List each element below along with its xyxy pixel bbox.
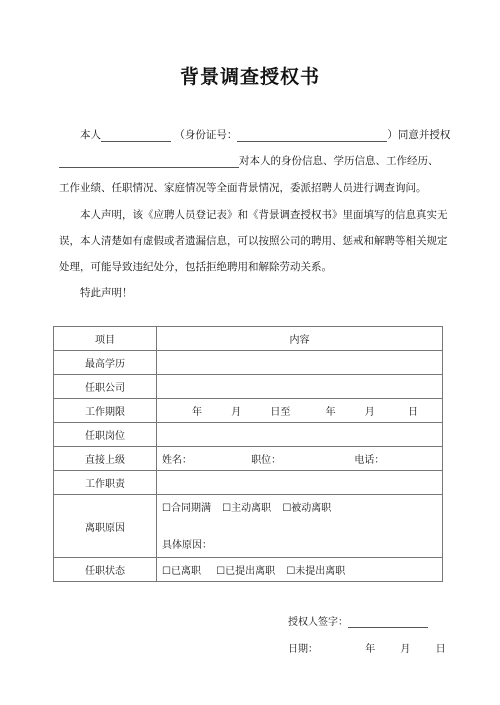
date-day: 日: [436, 640, 446, 655]
date-month: 月: [400, 640, 410, 655]
option-label: 被动离职: [291, 503, 331, 514]
day-1-to: 日至: [270, 403, 290, 418]
row-label-position: 任职岗位: [54, 423, 157, 447]
table-row: 最高学历: [54, 351, 443, 375]
signature-blank[interactable]: [348, 616, 428, 628]
row-label-education: 最高学历: [54, 351, 157, 375]
authorization-line-2: 对本人的身份信息、学历信息、工作经历、: [59, 153, 439, 168]
option-label: 合同期满: [171, 503, 211, 514]
authorization-line-1: 本人 （身份证号：）同意并授权: [80, 127, 450, 142]
table-row: 直接上级 姓名： 职位： 电话：: [54, 447, 443, 471]
reason-field: ☐合同期满 ☐主动离职 ☐被动离职 具体原因：: [157, 495, 443, 558]
table-row: 工作期限 年 月 日至 年 月 日: [54, 399, 443, 423]
table-row: 离职原因 ☐合同期满 ☐主动离职 ☐被动离职 具体原因：: [54, 495, 443, 558]
table-row: 工作职责: [54, 471, 443, 495]
row-label-status: 任职状态: [54, 558, 157, 582]
position-field[interactable]: [157, 423, 443, 447]
row-label-company: 任职公司: [54, 375, 157, 399]
declaration-line-1: 本人声明，该《应聘人员登记表》和《背景调查授权书》里面填写的信息真实无: [80, 207, 448, 222]
name-blank[interactable]: [101, 130, 171, 142]
period-field[interactable]: 年 月 日至 年 月 日: [157, 399, 443, 423]
checkbox-contract-expired[interactable]: ☐合同期满: [162, 499, 211, 514]
checkbox-resignation-submitted[interactable]: ☐已提出离职: [216, 562, 275, 577]
declaration-line-3: 处理，可能导致违纪处分，包括拒绝聘用和解除劳动关系。: [59, 259, 332, 274]
date-line: 日期： 年 月 日: [288, 640, 446, 655]
table-header-row: 项目 内容: [54, 327, 443, 351]
duties-field[interactable]: [157, 471, 443, 495]
header-content: 内容: [157, 327, 443, 351]
declaration-line-2: 误，本人清楚如有虚假或者遗漏信息，可以按照公司的聘用、惩戒和解聘等相关规定: [59, 233, 448, 248]
row-label-reason: 离职原因: [54, 495, 157, 558]
header-item: 项目: [54, 327, 157, 351]
option-label: 未提出离职: [295, 566, 345, 577]
id-label: （身份证号：: [174, 129, 237, 141]
table-row: 任职公司: [54, 375, 443, 399]
day-2: 日: [408, 403, 418, 418]
background-check-table: 项目 内容 最高学历 任职公司 工作期限 年 月 日至 年 月 日 任职岗位 直…: [53, 326, 443, 582]
supervisor-name-label: 姓名：: [162, 451, 248, 466]
auth-text-2: 对本人的身份信息、学历信息、工作经历、: [239, 155, 439, 167]
option-label: 已离职: [171, 566, 201, 577]
month-2: 月: [365, 403, 375, 418]
reason-detail-label[interactable]: 具体原因：: [162, 536, 437, 551]
id-number-blank[interactable]: [237, 130, 387, 142]
checkbox-voluntary[interactable]: ☐主动离职: [222, 499, 271, 514]
education-field[interactable]: [157, 351, 443, 375]
authorization-line-3: 工作业绩、任职情况、家庭情况等全面背景情况，委派招聘人员进行调查询问。: [59, 180, 427, 195]
label-benren: 本人: [80, 129, 101, 141]
date-year: 年: [365, 640, 375, 655]
row-label-duties: 工作职责: [54, 471, 157, 495]
agree-text: ）同意并授权: [387, 129, 450, 141]
table-row: 任职岗位: [54, 423, 443, 447]
page-title: 背景调查授权书: [0, 62, 500, 89]
month-1: 月: [231, 403, 241, 418]
company-blank[interactable]: [59, 156, 239, 168]
option-label: 主动离职: [231, 503, 271, 514]
supervisor-field[interactable]: 姓名： 职位： 电话：: [157, 447, 443, 471]
supervisor-title-label: 职位：: [251, 451, 351, 466]
checkbox-resigned[interactable]: ☐已离职: [162, 562, 201, 577]
table-row: 任职状态 ☐已离职 ☐已提出离职 ☐未提出离职: [54, 558, 443, 582]
year-1: 年: [192, 403, 202, 418]
year-2: 年: [326, 403, 336, 418]
row-label-supervisor: 直接上级: [54, 447, 157, 471]
signature-line: 授权人签字：: [288, 613, 428, 628]
company-field[interactable]: [157, 375, 443, 399]
status-field: ☐已离职 ☐已提出离职 ☐未提出离职: [157, 558, 443, 582]
row-label-period: 工作期限: [54, 399, 157, 423]
date-label: 日期：: [288, 644, 318, 655]
declaration-closing: 特此声明！: [80, 285, 133, 300]
signature-label: 授权人签字：: [288, 617, 348, 628]
checkbox-not-submitted[interactable]: ☐未提出离职: [286, 562, 345, 577]
option-label: 已提出离职: [225, 566, 275, 577]
supervisor-phone-label: 电话：: [354, 451, 384, 466]
checkbox-involuntary[interactable]: ☐被动离职: [282, 499, 331, 514]
